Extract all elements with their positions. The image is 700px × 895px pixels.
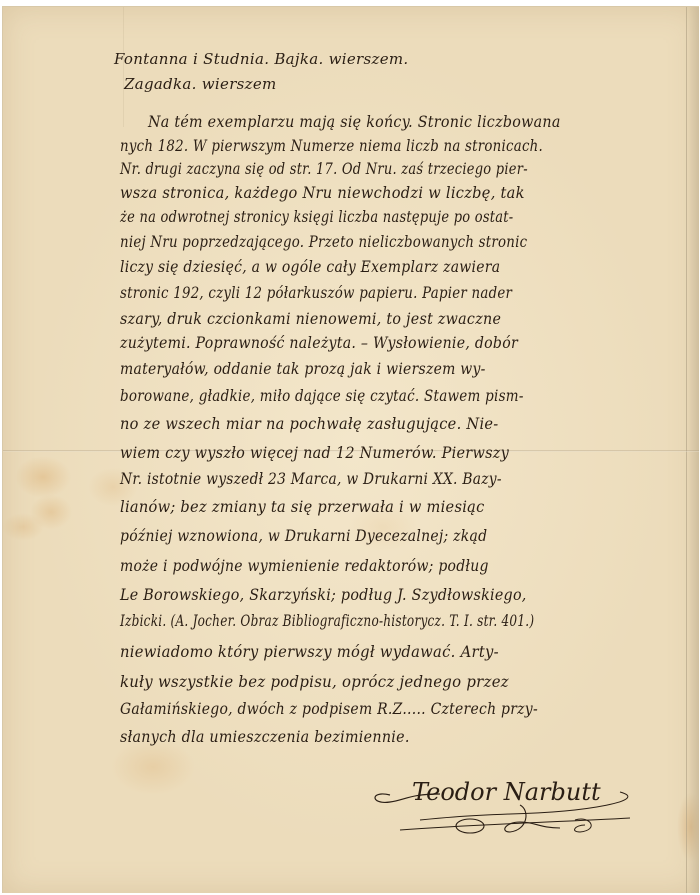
body-line: no ze wszech miar na pochwałę zasługując…	[120, 415, 498, 433]
body-line: materyałów, oddanie tak prozą jak i wier…	[120, 360, 486, 378]
body-line: liczy się dziesięć, a w ogóle cały Exemp…	[120, 258, 500, 276]
body-line: nych 182. W pierwszym Numerze niema licz…	[120, 137, 543, 155]
body-line: Gałamińskiego, dwóch z podpisem R.Z.....…	[120, 700, 538, 718]
manuscript-text: Fontanna i Studnia. Bajka. wierszem. Zag…	[0, 0, 700, 895]
body-line: Nr. drugi zaczyna się od str. 17. Od Nru…	[120, 160, 528, 178]
body-line: Le Borowskiego, Skarzyński; podług J. Sz…	[120, 586, 527, 604]
body-line: wsza stronica, każdego Nru niewchodzi w …	[120, 184, 525, 202]
body-line: niewiadomo który pierwszy mógł wydawać. …	[120, 643, 499, 661]
body-line: Na tém exemplarzu mają się końcy. Stroni…	[148, 113, 561, 131]
body-line: Nr. istotnie wyszedł 23 Marca, w Drukarn…	[120, 470, 502, 488]
body-line: słanych dla umieszczenia bezimiennie.	[120, 728, 410, 746]
body-line: borowane, gładkie, miło dające się czyta…	[120, 387, 524, 405]
signature: Teodor Narbutt	[412, 778, 601, 806]
body-line: kuły wszystkie bez podpisu, oprócz jedne…	[120, 673, 509, 691]
body-line: zużytemi. Poprawność należyta. – Wysłowi…	[120, 334, 518, 352]
body-line: szary, druk czcionkami nienowemi, to jes…	[120, 310, 501, 328]
body-line: że na odwrotnej stronicy księgi liczba n…	[120, 208, 513, 226]
body-line: Izbicki. (A. Jocher. Obraz Bibliograficz…	[120, 612, 534, 630]
body-line: lianów; bez zmiany ta się przerwała i w …	[120, 498, 485, 516]
heading-line: Zagadka. wierszem	[124, 75, 277, 93]
heading-line: Fontanna i Studnia. Bajka. wierszem.	[114, 50, 409, 68]
body-line: stronic 192, czyli 12 półarkuszów papier…	[120, 284, 512, 302]
body-line: później wznowiona, w Drukarni Dyecezalne…	[120, 527, 487, 545]
body-line: wiem czy wyszło więcej nad 12 Numerów. P…	[120, 444, 509, 462]
body-line: może i podwójne wymienienie redaktorów; …	[120, 557, 489, 575]
body-line: niej Nru poprzedzającego. Przeto nielicz…	[120, 233, 527, 251]
